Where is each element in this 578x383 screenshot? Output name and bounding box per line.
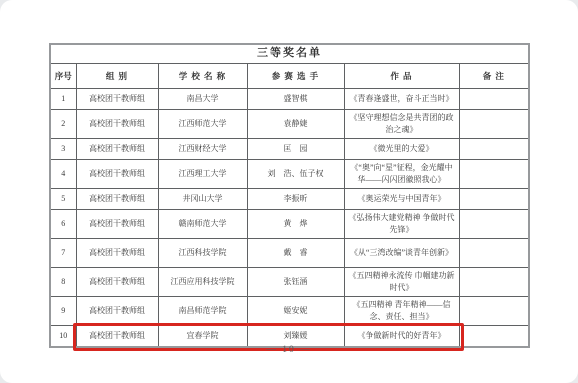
table-row: 6高校团干教师组赣南师范大学黄 烨《弘扬伟大建党精神 争做时代先锋》 xyxy=(50,210,529,239)
table-cell-contestant: 袁静婕 xyxy=(247,110,344,139)
table-cell-school: 江西财经大学 xyxy=(158,139,247,160)
table-cell-contestant: 张钰涵 xyxy=(247,268,344,297)
page-number: — 10 — xyxy=(0,345,578,355)
table-cell-index: 3 xyxy=(50,139,76,160)
table-cell-index: 7 xyxy=(50,239,76,268)
table-cell-remark xyxy=(459,139,529,160)
table-cell-work: 《坚守理想信念是共青团的政治之魂》 xyxy=(344,110,459,139)
table-row: 5高校团干教师组井冈山大学李振昕《奥运荣光与中国青年》 xyxy=(50,189,529,210)
table-title-row: 三等奖名单 xyxy=(50,44,529,64)
table-cell-school: 南昌师范学院 xyxy=(158,297,247,326)
table-cell-group: 高校团干教师组 xyxy=(76,110,158,139)
image-backdrop: 三等奖名单 序号组 别学 校 名 称参 赛 选 手作 品备 注 1高校团干教师组… xyxy=(0,0,578,383)
table-cell-group: 高校团干教师组 xyxy=(76,189,158,210)
table-title: 三等奖名单 xyxy=(50,44,529,64)
table-header-row: 序号组 别学 校 名 称参 赛 选 手作 品备 注 xyxy=(50,64,529,89)
table-cell-work: 《“奥”向“星”征程，金光耀中华——闪闪团徽照我心》 xyxy=(344,160,459,189)
column-header-work: 作 品 xyxy=(344,64,459,89)
table-cell-index: 1 xyxy=(50,89,76,110)
table-cell-index: 6 xyxy=(50,210,76,239)
table-cell-school: 江西应用科技学院 xyxy=(158,268,247,297)
table-cell-remark xyxy=(459,326,529,348)
table-cell-remark xyxy=(459,110,529,139)
table-cell-remark xyxy=(459,239,529,268)
table-cell-index: 2 xyxy=(50,110,76,139)
column-header-remark: 备 注 xyxy=(459,64,529,89)
table-row: 3高校团干教师组江西财经大学匡 园《微光里的大爱》 xyxy=(50,139,529,160)
prize-table-container: 三等奖名单 序号组 别学 校 名 称参 赛 选 手作 品备 注 1高校团干教师组… xyxy=(49,43,528,348)
table-cell-work: 《五四精神永流传 巾帼建功新时代》 xyxy=(344,268,459,297)
table-row: 7高校团干教师组江西科技学院戴 睿《从“三湾改编”谈青年创新》 xyxy=(50,239,529,268)
table-cell-contestant: 黄 烨 xyxy=(247,210,344,239)
table-cell-work: 《奥运荣光与中国青年》 xyxy=(344,189,459,210)
table-row: 1高校团干教师组南昌大学盛智棋《青春逢盛世，奋斗正当时》 xyxy=(50,89,529,110)
table-cell-school: 赣南师范大学 xyxy=(158,210,247,239)
table-cell-group: 高校团干教师组 xyxy=(76,160,158,189)
table-cell-contestant: 戴 睿 xyxy=(247,239,344,268)
table-cell-work: 《从“三湾改编”谈青年创新》 xyxy=(344,239,459,268)
table-cell-contestant: 姬安妮 xyxy=(247,297,344,326)
table-row: 10高校团干教师组宜春学院刘臻媛《争做新时代的好青年》 xyxy=(50,326,529,348)
table-cell-contestant: 李振昕 xyxy=(247,189,344,210)
table-cell-contestant: 盛智棋 xyxy=(247,89,344,110)
table-cell-school: 江西理工大学 xyxy=(158,160,247,189)
column-header-school: 学 校 名 称 xyxy=(158,64,247,89)
table-cell-group: 高校团干教师组 xyxy=(76,239,158,268)
table-cell-school: 江西师范大学 xyxy=(158,110,247,139)
table-cell-remark xyxy=(459,268,529,297)
table-cell-remark xyxy=(459,210,529,239)
table-cell-school: 宜春学院 xyxy=(158,326,247,348)
table-cell-group: 高校团干教师组 xyxy=(76,89,158,110)
table-cell-school: 南昌大学 xyxy=(158,89,247,110)
table-cell-index: 4 xyxy=(50,160,76,189)
table-row: 2高校团干教师组江西师范大学袁静婕《坚守理想信念是共青团的政治之魂》 xyxy=(50,110,529,139)
table-cell-index: 9 xyxy=(50,297,76,326)
column-header-index: 序号 xyxy=(50,64,76,89)
table-cell-work: 《争做新时代的好青年》 xyxy=(344,326,459,348)
document-page: 三等奖名单 序号组 别学 校 名 称参 赛 选 手作 品备 注 1高校团干教师组… xyxy=(0,0,578,383)
table-cell-remark xyxy=(459,189,529,210)
prize-table: 三等奖名单 序号组 别学 校 名 称参 赛 选 手作 品备 注 1高校团干教师组… xyxy=(49,43,530,348)
table-cell-remark xyxy=(459,297,529,326)
table-cell-index: 8 xyxy=(50,268,76,297)
table-cell-contestant: 刘臻媛 xyxy=(247,326,344,348)
table-cell-index: 5 xyxy=(50,189,76,210)
table-row: 9高校团干教师组南昌师范学院姬安妮《五四精神 青年精神——信念、责任、担当》 xyxy=(50,297,529,326)
table-cell-remark xyxy=(459,89,529,110)
table-cell-work: 《五四精神 青年精神——信念、责任、担当》 xyxy=(344,297,459,326)
table-cell-index: 10 xyxy=(50,326,76,348)
table-cell-work: 《微光里的大爱》 xyxy=(344,139,459,160)
table-cell-school: 井冈山大学 xyxy=(158,189,247,210)
table-cell-group: 高校团干教师组 xyxy=(76,297,158,326)
table-cell-group: 高校团干教师组 xyxy=(76,210,158,239)
table-cell-school: 江西科技学院 xyxy=(158,239,247,268)
table-cell-work: 《弘扬伟大建党精神 争做时代先锋》 xyxy=(344,210,459,239)
column-header-contestant: 参 赛 选 手 xyxy=(247,64,344,89)
table-cell-remark xyxy=(459,160,529,189)
table-cell-group: 高校团干教师组 xyxy=(76,139,158,160)
table-cell-contestant: 匡 园 xyxy=(247,139,344,160)
table-row: 8高校团干教师组江西应用科技学院张钰涵《五四精神永流传 巾帼建功新时代》 xyxy=(50,268,529,297)
table-cell-contestant: 刘 浩、伍子权 xyxy=(247,160,344,189)
column-header-group: 组 别 xyxy=(76,64,158,89)
table-cell-group: 高校团干教师组 xyxy=(76,268,158,297)
table-row: 4高校团干教师组江西理工大学刘 浩、伍子权《“奥”向“星”征程，金光耀中华——闪… xyxy=(50,160,529,189)
table-cell-group: 高校团干教师组 xyxy=(76,326,158,348)
table-cell-work: 《青春逢盛世，奋斗正当时》 xyxy=(344,89,459,110)
